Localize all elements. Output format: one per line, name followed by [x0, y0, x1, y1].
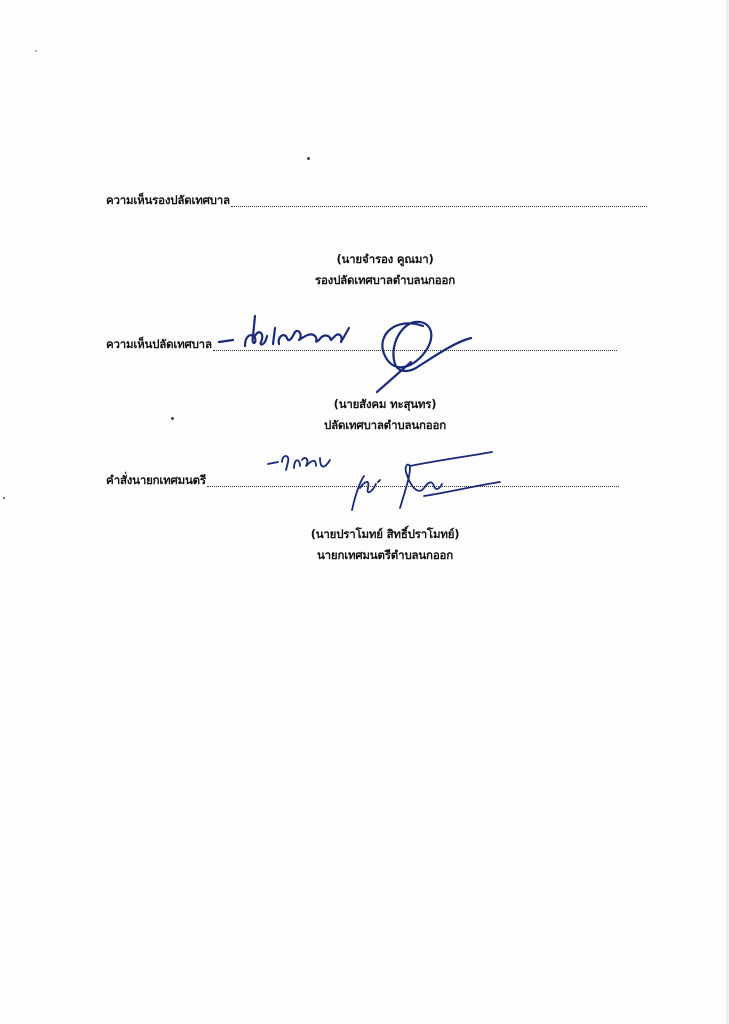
scan-speck	[307, 157, 310, 160]
scan-speck	[3, 497, 5, 499]
deputy-clerk-signer-position: รองปลัดเทศบาลตำบลนกออก	[240, 272, 530, 290]
deputy-clerk-signer-name: (นายจำรอง คูณมา)	[240, 251, 530, 269]
dotted-line	[231, 206, 647, 207]
deputy-clerk-opinion-label: ความเห็นรองปลัดเทศบาล	[106, 192, 230, 210]
deputy-clerk-opinion-line: ความเห็นรองปลัดเทศบาล	[106, 192, 647, 210]
mayor-signer-position: นายกเทศมนตรีตำบลนกออก	[240, 547, 530, 565]
scanned-page: ความเห็นรองปลัดเทศบาล (นายจำรอง คูณมา) ร…	[0, 0, 729, 1024]
mayor-order-label: คำสั่งนายกเทศมนตรี	[106, 472, 206, 490]
clerk-signer-position: ปลัดเทศบาลตำบลนกออก	[240, 417, 530, 435]
dotted-line	[207, 486, 619, 487]
clerk-opinion-line: ความเห็นปลัดเทศบาล	[106, 336, 617, 354]
dotted-line	[213, 350, 617, 351]
mayor-signer-name: (นายปราโมทย์ สิทธิ์ปราโมทย์)	[240, 526, 530, 544]
clerk-signer-name: (นายสังคม ทะสุนทร)	[240, 396, 530, 414]
clerk-opinion-label: ความเห็นปลัดเทศบาล	[106, 336, 212, 354]
scan-speck	[171, 417, 174, 420]
mayor-order-line: คำสั่งนายกเทศมนตรี	[106, 472, 619, 490]
scan-speck	[35, 50, 37, 52]
